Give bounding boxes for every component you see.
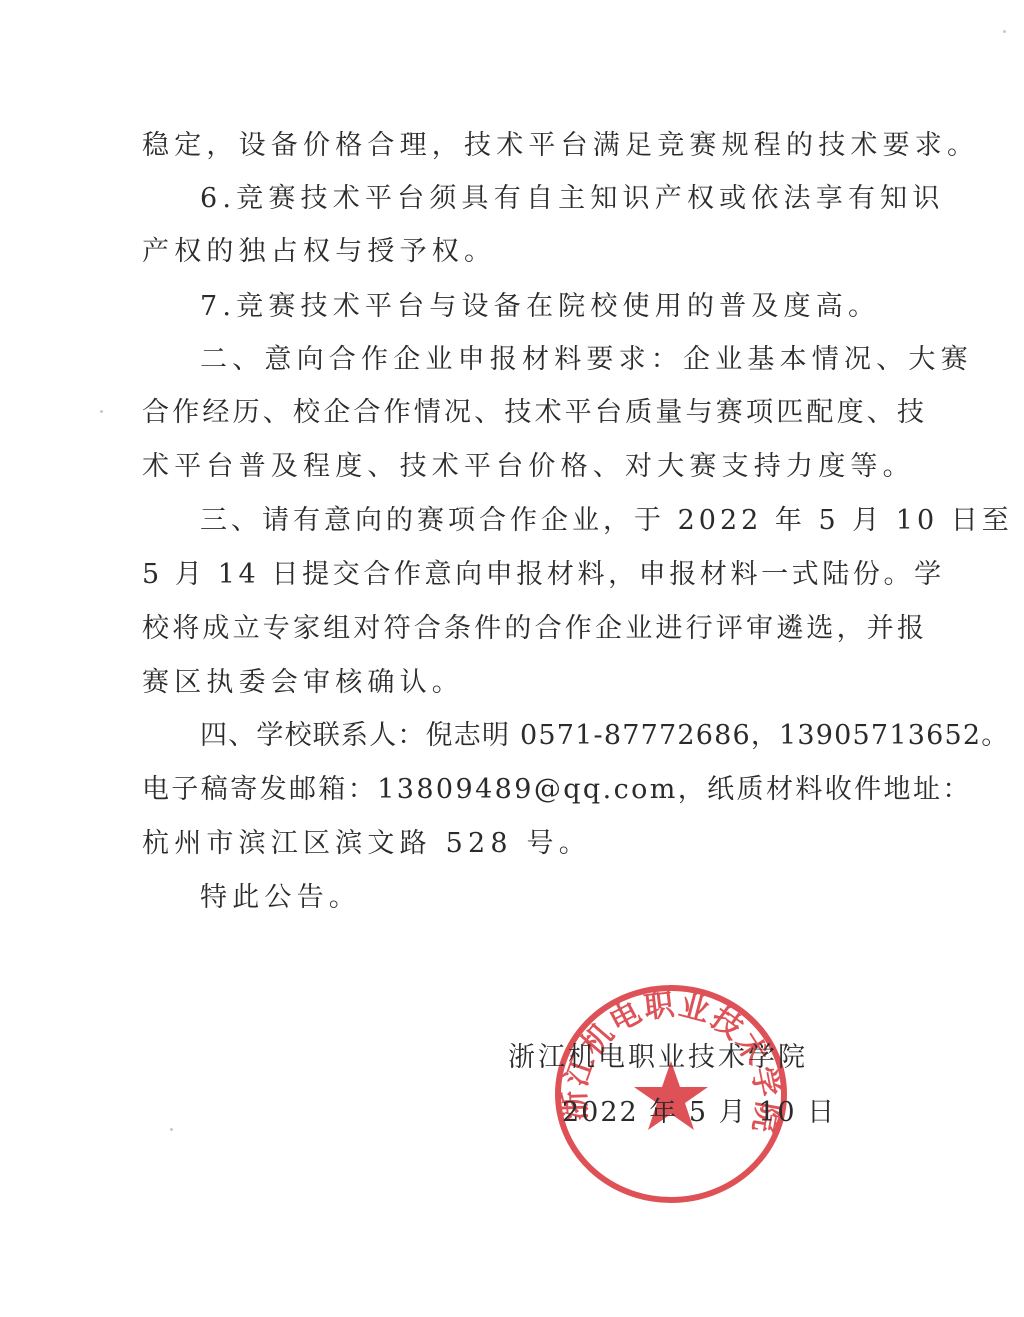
paragraph-item-6: 6.竞赛技术平台须具有自主知识产权或依法享有知识 [200, 181, 860, 217]
address-line: 杭州市滨江区滨文路 528 号。 [142, 826, 862, 862]
official-seal-icon: 浙江机电职业技术学院 [553, 983, 789, 1205]
paragraph-line: 校将成立专家组对符合条件的合作企业进行评审遴选，并报 [142, 611, 862, 647]
email-line: 电子稿寄发邮箱：13809489@qq.com，纸质材料收件地址： [142, 772, 862, 808]
scan-speck [1003, 30, 1006, 33]
document-page: 稳定，设备价格合理，技术平台满足竞赛规程的技术要求。 6.竞赛技术平台须具有自主… [0, 0, 1024, 1317]
section-3-heading: 三、请有意向的赛项合作企业，于 2022 年 5 月 10 日至 [200, 503, 920, 539]
paragraph-line: 产权的独占权与授予权。 [142, 234, 862, 270]
closing-line: 特此公告。 [200, 880, 920, 916]
signature-date: 2022 年 5 月 10 日 [562, 1095, 836, 1131]
section-2-heading: 二、意向合作企业申报材料要求：企业基本情况、大赛 [200, 342, 920, 378]
paragraph-line: 稳定，设备价格合理，技术平台满足竞赛规程的技术要求。 [142, 128, 862, 164]
section-4-contact: 四、学校联系人：倪志明 0571-87772686，13905713652。 [200, 718, 920, 754]
signature-organization: 浙江机电职业技术学院 [508, 1040, 808, 1076]
scan-speck [170, 1128, 173, 1131]
paragraph-line: 术平台普及程度、技术平台价格、对大赛支持力度等。 [142, 449, 862, 485]
paragraph-line: 赛区执委会审核确认。 [142, 665, 862, 701]
paragraph-line: 5 月 14 日提交合作意向申报材料，申报材料一式陆份。学 [142, 557, 862, 593]
paragraph-item-7: 7.竞赛技术平台与设备在院校使用的普及度高。 [200, 289, 920, 325]
scan-speck [100, 410, 103, 413]
paragraph-line: 合作经历、校企合作情况、技术平台质量与赛项匹配度、技 [142, 395, 862, 431]
